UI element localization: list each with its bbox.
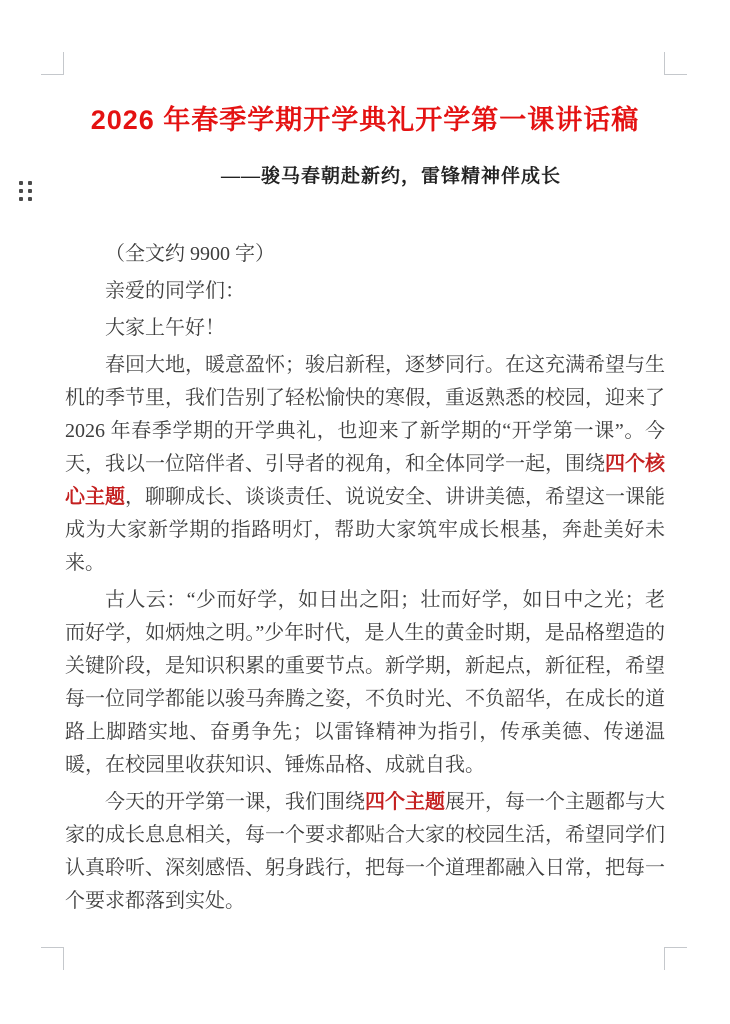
drag-dot bbox=[19, 181, 23, 185]
paragraph-text: 今天的开学第一课，我们围绕 bbox=[105, 791, 365, 813]
greeting-line: 大家上午好！ bbox=[65, 312, 665, 345]
salutation-line: 亲爱的同学们： bbox=[65, 275, 665, 308]
paragraph-text: ，聊聊成长、谈谈责任、说说安全、讲讲美德，希望这一课能成为大家新学期的指路明灯，… bbox=[65, 486, 665, 574]
crop-mark-bottom-right bbox=[664, 947, 687, 970]
emphasis-red-text: 四个主题 bbox=[365, 791, 445, 813]
crop-mark-bottom-left bbox=[41, 947, 64, 970]
doc-body: （全文约 9900 字） 亲爱的同学们： 大家上午好！ 春回大地，暖意盈怀；骏启… bbox=[65, 238, 665, 922]
paragraph-container: 春回大地，暖意盈怀；骏启新程，逐梦同行。在这充满希望与生机的季节里，我们告别了轻… bbox=[65, 349, 665, 918]
body-paragraph: 今天的开学第一课，我们围绕四个主题展开，每一个主题都与大家的成长息息相关，每一个… bbox=[65, 786, 665, 918]
body-paragraph: 古人云：“少而好学，如日出之阳；壮而好学，如日中之光；老而好学，如炳烛之明。”少… bbox=[65, 584, 665, 782]
doc-title: 2026 年春季学期开学典礼开学第一课讲话稿 bbox=[0, 0, 730, 139]
crop-mark-top-right bbox=[664, 52, 687, 75]
drag-dot bbox=[28, 197, 32, 201]
body-paragraph: 春回大地，暖意盈怀；骏启新程，逐梦同行。在这充满希望与生机的季节里，我们告别了轻… bbox=[65, 349, 665, 580]
drag-dot bbox=[28, 189, 32, 193]
word-count-note: （全文约 9900 字） bbox=[65, 238, 665, 271]
drag-dot bbox=[19, 197, 23, 201]
crop-mark-top-left bbox=[41, 52, 64, 75]
document-page: 2026 年春季学期开学典礼开学第一课讲话稿 ——骏马春朝赴新约，雷锋精神伴成长… bbox=[0, 0, 730, 1024]
drag-dot bbox=[19, 189, 23, 193]
paragraph-text: 古人云：“少而好学，如日出之阳；壮而好学，如日中之光；老而好学，如炳烛之明。”少… bbox=[65, 589, 665, 776]
doc-subtitle: ——骏马春朝赴新约，雷锋精神伴成长 bbox=[26, 165, 730, 189]
paragraph-text: 春回大地，暖意盈怀；骏启新程，逐梦同行。在这充满希望与生机的季节里，我们告别了轻… bbox=[65, 354, 665, 475]
